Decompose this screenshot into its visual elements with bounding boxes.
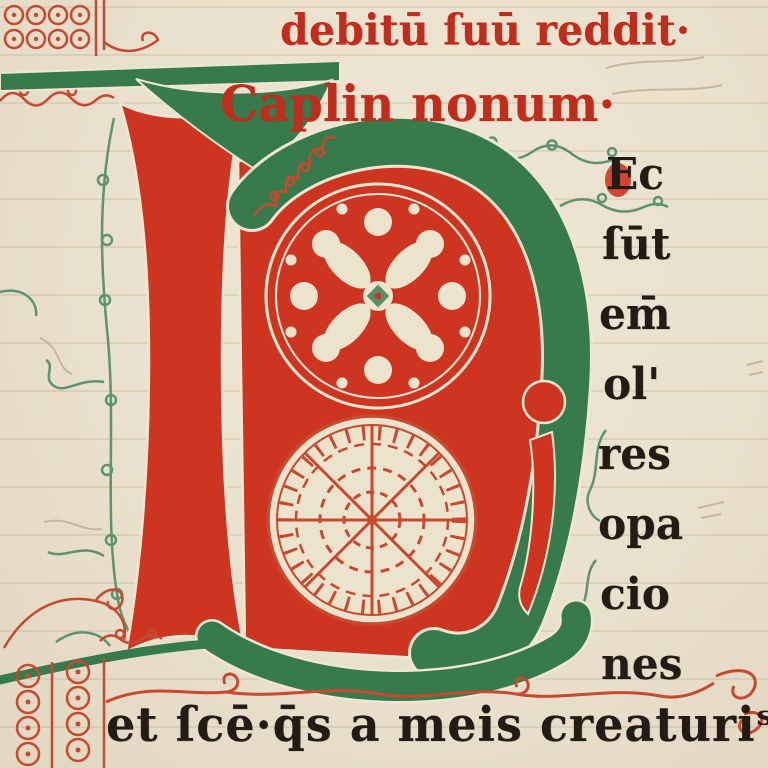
bottom-roundel [268,416,476,624]
text-column: Ec ſūt em̄ ol' res opa cio nes [598,140,738,700]
bottom-text-line: et ſcē·q̄s a meis creaturiˢ [106,694,768,756]
column-word: ol' [603,350,733,420]
limb-teardrop-head [523,381,565,423]
top-roundel [266,184,490,408]
column-word: cio [600,560,732,630]
manuscript-page: debitū ſuū reddit· Caplin nonum· Ec ſūt … [0,0,768,768]
column-word: ſūt [602,210,733,280]
column-word: nes [601,630,733,700]
foot-flourish [0,643,222,680]
stem [120,103,245,652]
column-word: opa [598,490,732,560]
green-left-penwork [0,118,140,646]
column-word: em̄ [599,280,732,350]
column-word: Ec [606,140,733,210]
rubric-line-2: Caplin nonum· [220,74,615,134]
rubric-line-1: debitū ſuū reddit· [280,2,690,60]
column-word: res [598,420,732,490]
